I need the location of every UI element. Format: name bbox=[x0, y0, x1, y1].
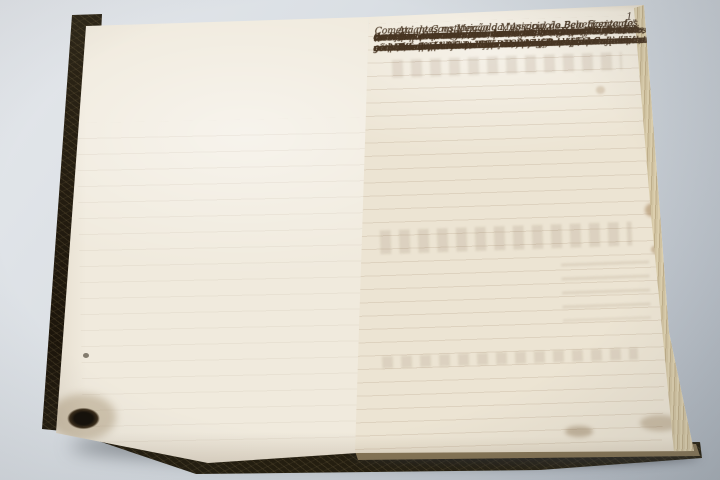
photograph-of-open-book: 1 Ata de Constituição da "Associação Ben… bbox=[0, 0, 720, 480]
page-hole bbox=[63, 405, 104, 432]
ink-showthrough bbox=[561, 260, 651, 321]
foxing-stain bbox=[565, 426, 593, 437]
foxing-stain bbox=[596, 86, 605, 94]
handwritten-text: Ata de Constituição da "Associação Benef… bbox=[373, 16, 674, 42]
ink-speck bbox=[83, 353, 89, 358]
page-hole-stain bbox=[50, 394, 116, 440]
